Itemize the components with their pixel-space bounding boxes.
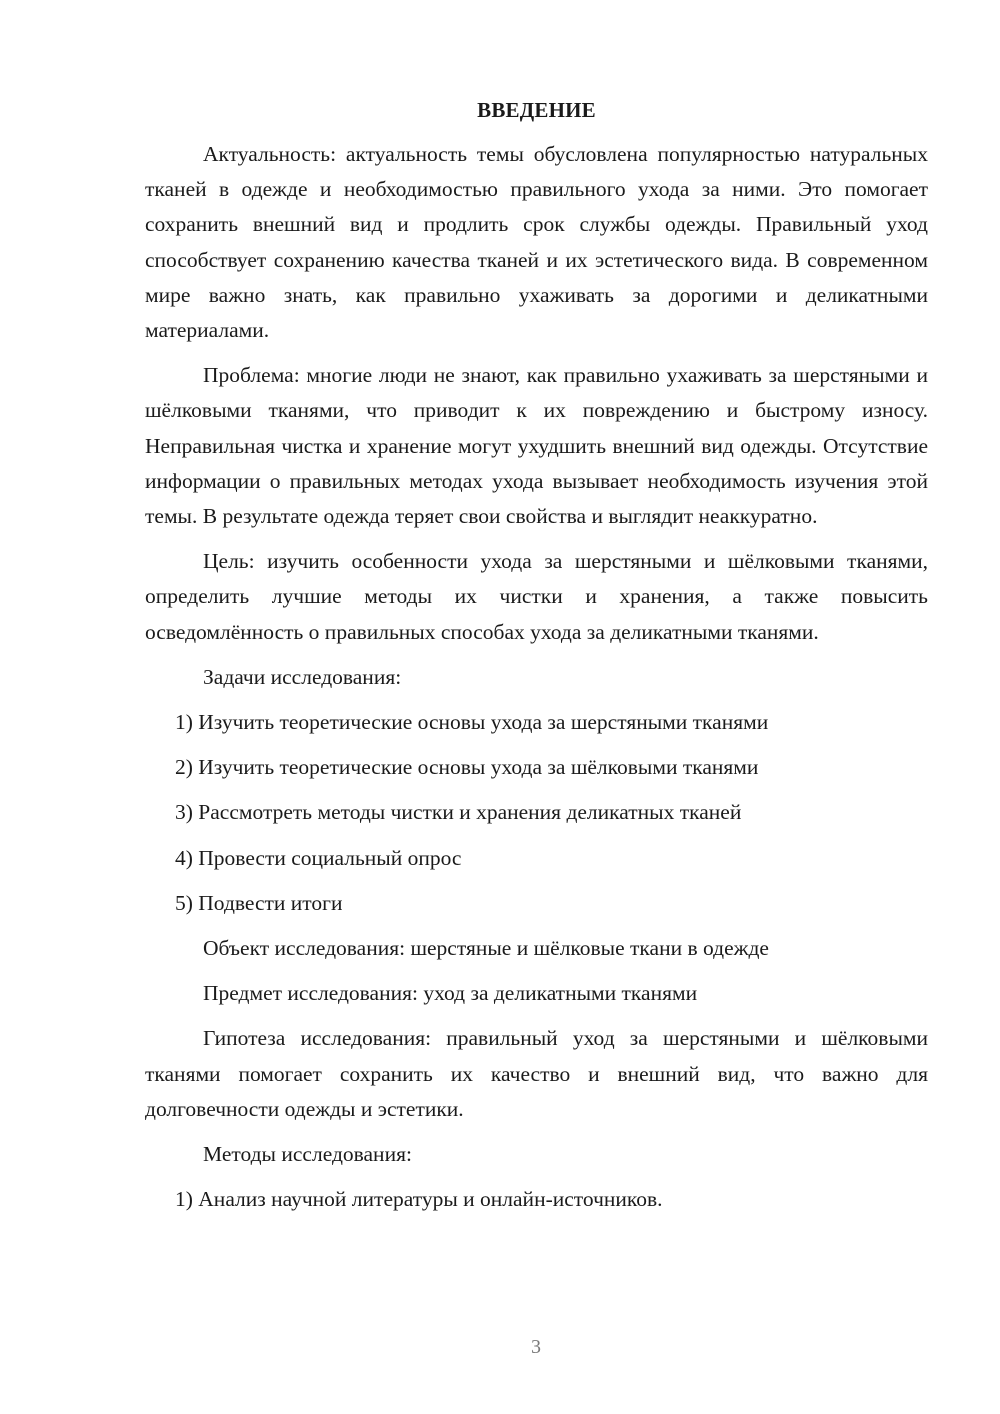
task-item: 5) Подвести итоги <box>145 886 928 921</box>
object-paragraph: Объект исследования: шерстяные и шёлковы… <box>145 931 928 966</box>
relevance-paragraph: Актуальность: актуальность темы обусловл… <box>145 137 928 348</box>
tasks-heading: Задачи исследования: <box>145 660 928 695</box>
tasks-list: 1) Изучить теоретические основы ухода за… <box>145 705 928 921</box>
task-item: 2) Изучить теоретические основы ухода за… <box>145 750 928 785</box>
problem-paragraph: Проблема: многие люди не знают, как прав… <box>145 358 928 534</box>
subject-paragraph: Предмет исследования: уход за деликатным… <box>145 976 928 1011</box>
methods-list: 1) Анализ научной литературы и онлайн-ис… <box>145 1182 928 1217</box>
task-item: 1) Изучить теоретические основы ухода за… <box>145 705 928 740</box>
method-item: 1) Анализ научной литературы и онлайн-ис… <box>145 1182 928 1217</box>
task-item: 3) Рассмотреть методы чистки и хранения … <box>145 795 928 830</box>
task-item: 4) Провести социальный опрос <box>145 841 928 876</box>
methods-heading: Методы исследования: <box>145 1137 928 1172</box>
section-title: ВВЕДЕНИЕ <box>145 92 928 128</box>
document-page: ВВЕДЕНИЕ Актуальность: актуальность темы… <box>145 92 928 1227</box>
page-number: 3 <box>0 1336 1000 1359</box>
hypothesis-paragraph: Гипотеза исследования: правильный уход з… <box>145 1021 928 1127</box>
goal-paragraph: Цель: изучить особенности ухода за шерст… <box>145 544 928 650</box>
